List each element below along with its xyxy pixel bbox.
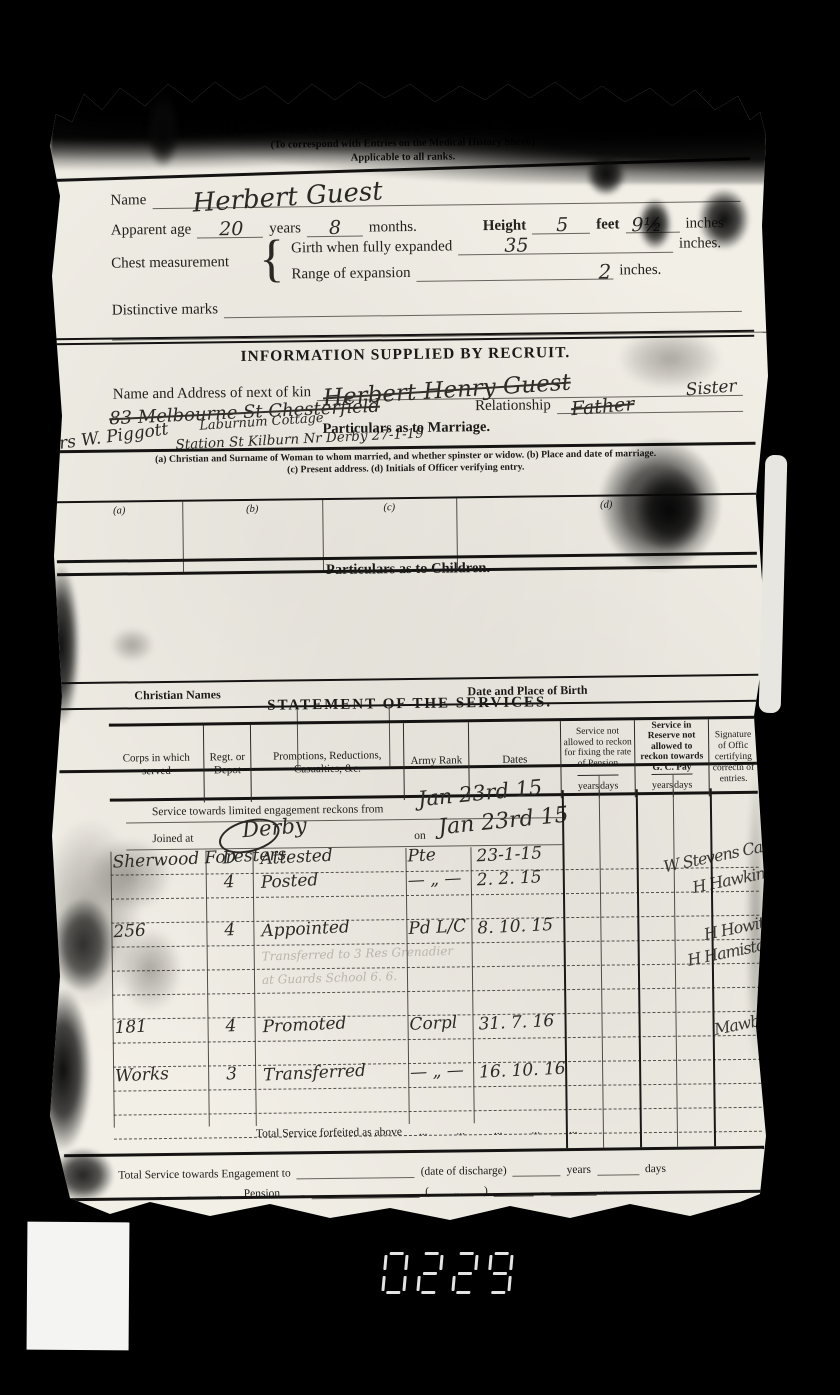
service-cell-corps: Works bbox=[113, 1066, 208, 1090]
service-cell-reserve-days bbox=[676, 1084, 713, 1107]
service-cell-pension-years bbox=[565, 1086, 602, 1109]
girth-unit-label: inches. bbox=[679, 235, 721, 253]
service-cell-pension-years bbox=[563, 918, 600, 941]
service-cell-pension-years bbox=[562, 846, 599, 869]
service-cell-pension-days bbox=[600, 917, 637, 940]
service-cell-corps: 181 bbox=[112, 1018, 207, 1042]
services-col-promotions: Promotions, Reductions, Casualties, &c. bbox=[251, 723, 405, 802]
age-years-value: 20 bbox=[219, 220, 243, 239]
service-cell-corps bbox=[112, 946, 207, 970]
service-cell-rank bbox=[408, 1087, 473, 1111]
marriage-col-c: (c) bbox=[322, 501, 456, 514]
service-cell-signature bbox=[712, 964, 760, 988]
service-cell-reserve-years bbox=[638, 941, 675, 964]
service-cell-rank: — „ — bbox=[406, 871, 471, 895]
joined-at-label: Joined at bbox=[152, 833, 193, 846]
chest-brace: { bbox=[259, 229, 285, 288]
service-cell-event: Promoted bbox=[254, 1016, 407, 1041]
service-cell-reserve-days bbox=[676, 1060, 713, 1083]
relationship-label: Relationship bbox=[475, 397, 551, 415]
service-cell-signature bbox=[713, 1084, 761, 1108]
service-cell-reserve-years bbox=[637, 893, 674, 916]
service-cell-event: Attested bbox=[252, 848, 405, 873]
frame-counter-digit bbox=[486, 1252, 514, 1294]
engagement-days-fill bbox=[597, 1174, 639, 1176]
service-cell-reserve-days bbox=[674, 892, 711, 915]
range-label: Range of expansion bbox=[291, 265, 410, 283]
services-col-signature: Signature of Offic certifying correctn o… bbox=[709, 719, 758, 797]
service-cell-event: Posted bbox=[253, 872, 406, 897]
pension-fill-3 bbox=[551, 1195, 597, 1197]
service-cell-regt bbox=[209, 1114, 256, 1138]
service-cell-signature: Mawber bbox=[712, 1012, 760, 1036]
service-cell-signature bbox=[713, 1060, 761, 1084]
service-cell-regt bbox=[207, 946, 254, 970]
service-cell-pension-days bbox=[601, 1013, 638, 1036]
range-value: 2 bbox=[598, 262, 611, 282]
name-fill: Herbert Guest bbox=[152, 201, 740, 209]
service-cell-signature bbox=[714, 1108, 762, 1132]
service-cell-reserve-days bbox=[675, 1012, 712, 1035]
services-col-regt: Regt. or Depot bbox=[204, 725, 252, 803]
service-cell-signature: H Howith bbox=[711, 916, 759, 940]
service-cell-rank: Pd L/C bbox=[406, 919, 471, 943]
service-cell-pension-years bbox=[564, 966, 601, 989]
service-cell-signature: W Stevens Cap bbox=[710, 844, 758, 868]
service-cell-corps bbox=[112, 994, 207, 1018]
service-cell-date: 23-1-15 bbox=[470, 846, 562, 870]
range-unit-label: inches. bbox=[619, 262, 661, 280]
name-value-handwritten: Herbert Guest bbox=[192, 178, 384, 216]
joined-place-value: Derby bbox=[241, 815, 307, 841]
frame-counter-digit bbox=[381, 1252, 409, 1294]
service-cell-reserve-years bbox=[639, 1085, 676, 1108]
service-cell-pension-days bbox=[601, 941, 638, 964]
service-cell-reserve-years bbox=[638, 1013, 675, 1036]
service-cell-reserve-days bbox=[675, 964, 712, 987]
service-cell-event: Appointed bbox=[253, 920, 406, 945]
engagement-fill bbox=[297, 1177, 415, 1179]
service-cell-pension-days bbox=[601, 989, 638, 1012]
service-cell-regt: 4 bbox=[206, 874, 253, 898]
service-cell-pension-days bbox=[601, 965, 638, 988]
service-cell-regt: 4 bbox=[207, 1018, 254, 1042]
service-cell-regt bbox=[208, 1090, 255, 1114]
service-cell-date bbox=[472, 966, 564, 990]
pension-fill-2 bbox=[494, 1196, 534, 1197]
frame-counter bbox=[381, 1252, 514, 1294]
service-cell-pension-years bbox=[563, 870, 600, 893]
service-cell-reserve-days bbox=[677, 1108, 714, 1131]
service-cell-event bbox=[255, 1088, 408, 1113]
engagement-total-label: Total Service towards Engagement to bbox=[118, 1167, 290, 1181]
engagement-years-label: years bbox=[567, 1164, 591, 1176]
service-cell-regt bbox=[207, 970, 254, 994]
service-cell-date bbox=[473, 1086, 565, 1110]
service-cell-pension-years bbox=[564, 1014, 601, 1037]
service-cell-signature bbox=[711, 892, 759, 916]
service-cell-corps: Sherwood Foresters bbox=[110, 851, 205, 875]
service-cell-regt: 4 bbox=[206, 922, 253, 946]
girth-row: Girth when fully expanded 35 inches. bbox=[291, 230, 721, 257]
engagement-days-label: days bbox=[645, 1163, 666, 1175]
service-cell-pension-years bbox=[565, 1062, 602, 1085]
service-cell-date bbox=[472, 942, 564, 966]
range-fill: 2 bbox=[417, 278, 614, 281]
relationship-fill: Father bbox=[557, 411, 743, 414]
joined-on-label: on bbox=[414, 830, 426, 842]
chest-label: Chest measurement bbox=[111, 254, 229, 272]
scanned-page-stage: DESCRIPTIVE REPORT ON ENLISTMENT. (To co… bbox=[0, 0, 840, 1395]
marriage-col-a: (a) bbox=[56, 505, 182, 518]
service-cell-reserve-years bbox=[639, 1061, 676, 1084]
service-cell-pension-years bbox=[564, 990, 601, 1013]
engagement-years-fill bbox=[513, 1175, 561, 1177]
service-cell-event: Transferred bbox=[255, 1064, 408, 1089]
forfeited-dots: ... ... ... ... ... bbox=[419, 1124, 578, 1138]
service-cell-rank bbox=[407, 991, 472, 1015]
service-cell-pension-days bbox=[599, 845, 636, 868]
frame-counter-digit bbox=[451, 1252, 479, 1294]
service-cell-event bbox=[255, 1040, 408, 1065]
service-cell-pension-days bbox=[600, 893, 637, 916]
service-cell-signature bbox=[713, 1036, 761, 1060]
relationship-struck-value: Father bbox=[570, 395, 635, 419]
service-cell-regt bbox=[208, 1042, 255, 1066]
marriage-col-d: (d) bbox=[456, 498, 756, 513]
services-col-pension: Service not allowed to reckon for fixing… bbox=[561, 720, 636, 798]
service-cell-date: 8. 10. 15 bbox=[471, 918, 563, 942]
service-cell-reserve-years bbox=[638, 965, 675, 988]
service-cell-regt bbox=[207, 994, 254, 1018]
age-label: Apparent age bbox=[111, 222, 192, 240]
service-cell-pension-days bbox=[602, 1037, 639, 1060]
service-cell-reserve-years bbox=[637, 917, 674, 940]
service-cell-rank bbox=[407, 967, 472, 991]
scanner-calibration-patch bbox=[27, 1222, 130, 1351]
service-cell-reserve-years bbox=[639, 1037, 676, 1060]
girth-fill: 35 bbox=[458, 252, 673, 256]
girth-value: 35 bbox=[504, 237, 528, 256]
service-cell-corps bbox=[113, 1090, 208, 1114]
service-cell-pension-days bbox=[600, 869, 637, 892]
name-label: Name bbox=[110, 192, 146, 209]
name-row: Name Herbert Guest bbox=[110, 176, 740, 210]
service-cell-pension-years bbox=[565, 1038, 602, 1061]
service-cell-pension-years bbox=[564, 942, 601, 965]
service-cell-corps bbox=[111, 898, 206, 922]
relationship-row: Relationship Father bbox=[475, 388, 743, 415]
service-cell-signature: H Hamiston bbox=[712, 940, 760, 964]
page-edge-sliver bbox=[759, 455, 788, 713]
age-years-fill: 20 bbox=[197, 237, 263, 239]
services-col-reserve-label: Service in Reserve not allowed to reckon… bbox=[635, 719, 709, 774]
girth-label: Girth when fully expanded bbox=[291, 238, 452, 257]
service-cell-reserve-years bbox=[638, 989, 675, 1012]
marriage-col-b: (b) bbox=[182, 503, 322, 516]
service-cell-corps: 256 bbox=[111, 922, 206, 946]
service-cell-event: at Guards School 6. 6. bbox=[254, 968, 407, 993]
service-cell-reserve-days bbox=[676, 1036, 713, 1059]
service-cell-pension-days bbox=[602, 1061, 639, 1084]
service-cell-rank: Corpl bbox=[407, 1015, 472, 1039]
service-cell-corps bbox=[113, 1042, 208, 1066]
range-row: Range of expansion 2 inches. bbox=[291, 257, 661, 284]
services-col-reserve: Service in Reserve not allowed to reckon… bbox=[635, 719, 710, 797]
services-col-pension-label: Service not allowed to reckon for fixing… bbox=[561, 720, 635, 775]
service-cell-signature bbox=[712, 988, 760, 1012]
services-col-corps: Corps in which served bbox=[109, 726, 205, 804]
service-cell-date: 31. 7. 16 bbox=[472, 1014, 564, 1038]
service-cell-reserve-years bbox=[637, 869, 674, 892]
service-cell-corps bbox=[111, 875, 206, 899]
document-content: DESCRIPTIVE REPORT ON ENLISTMENT. (To co… bbox=[43, 72, 775, 1229]
service-cell-corps bbox=[112, 970, 207, 994]
service-cell-date: 2. 2. 15 bbox=[471, 870, 563, 894]
service-cell-pension-days bbox=[602, 1085, 639, 1108]
service-cell-date: 16. 10. 16 bbox=[473, 1062, 565, 1086]
recruit-section-title: INFORMATION SUPPLIED BY RECRUIT. bbox=[46, 342, 764, 369]
service-cell-corps bbox=[114, 1114, 209, 1138]
marks-label: Distinctive marks bbox=[112, 301, 218, 319]
service-cell-regt: 3 bbox=[208, 1066, 255, 1090]
service-cell-reserve-days bbox=[675, 988, 712, 1011]
service-cell-rank: — „ — bbox=[408, 1063, 473, 1087]
service-cell-regt bbox=[206, 898, 253, 922]
service-cell-pension-years bbox=[563, 894, 600, 917]
service-cell-signature: H Hawkins bbox=[711, 868, 759, 892]
frame-counter-digit bbox=[416, 1252, 444, 1294]
services-table-body: Service towards limited engagement recko… bbox=[110, 788, 762, 1154]
document-paper: DESCRIPTIVE REPORT ON ENLISTMENT. (To co… bbox=[50, 76, 768, 1224]
discharge-label: (date of discharge) bbox=[421, 1165, 507, 1178]
service-cell-event: Transferred to 3 Res Grenadier bbox=[254, 944, 407, 969]
forfeited-label: Total Service forfeited as above bbox=[256, 1126, 402, 1140]
